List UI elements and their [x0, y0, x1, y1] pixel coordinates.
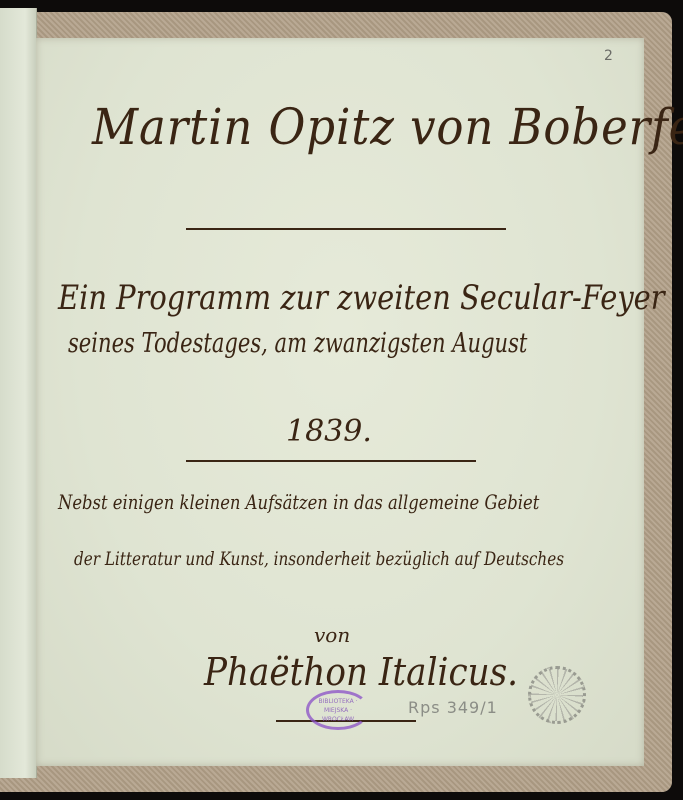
by-word: von — [314, 623, 350, 647]
author-name: Phaëthon Italicus. — [204, 650, 518, 694]
manuscript-page: 2 Martin Opitz von Boberfeld. Ein Progra… — [36, 38, 644, 766]
description-line-1: Nebst einigen kleinen Aufsätzen in das a… — [58, 490, 539, 514]
library-stamp: BIBLIOTEKA · MIEJSKA · WROCŁAW — [306, 690, 370, 730]
title-underline — [186, 228, 506, 230]
year-underline — [186, 460, 476, 462]
page-title: Martin Opitz von Boberfeld. — [92, 98, 683, 156]
folio-number: 2 — [604, 48, 613, 64]
shelfmark: Rps 349/1 — [408, 698, 498, 717]
left-page-edge — [0, 8, 37, 778]
description-line-2: der Litteratur und Kunst, insonderheit b… — [74, 548, 564, 570]
round-seal-stamp — [528, 666, 586, 724]
subtitle-line-1: Ein Programm zur zweiten Secular-Feyer — [58, 278, 665, 318]
subtitle-line-2: seines Todestages, am zwanzigsten August — [68, 328, 527, 359]
year: 1839. — [286, 414, 372, 449]
